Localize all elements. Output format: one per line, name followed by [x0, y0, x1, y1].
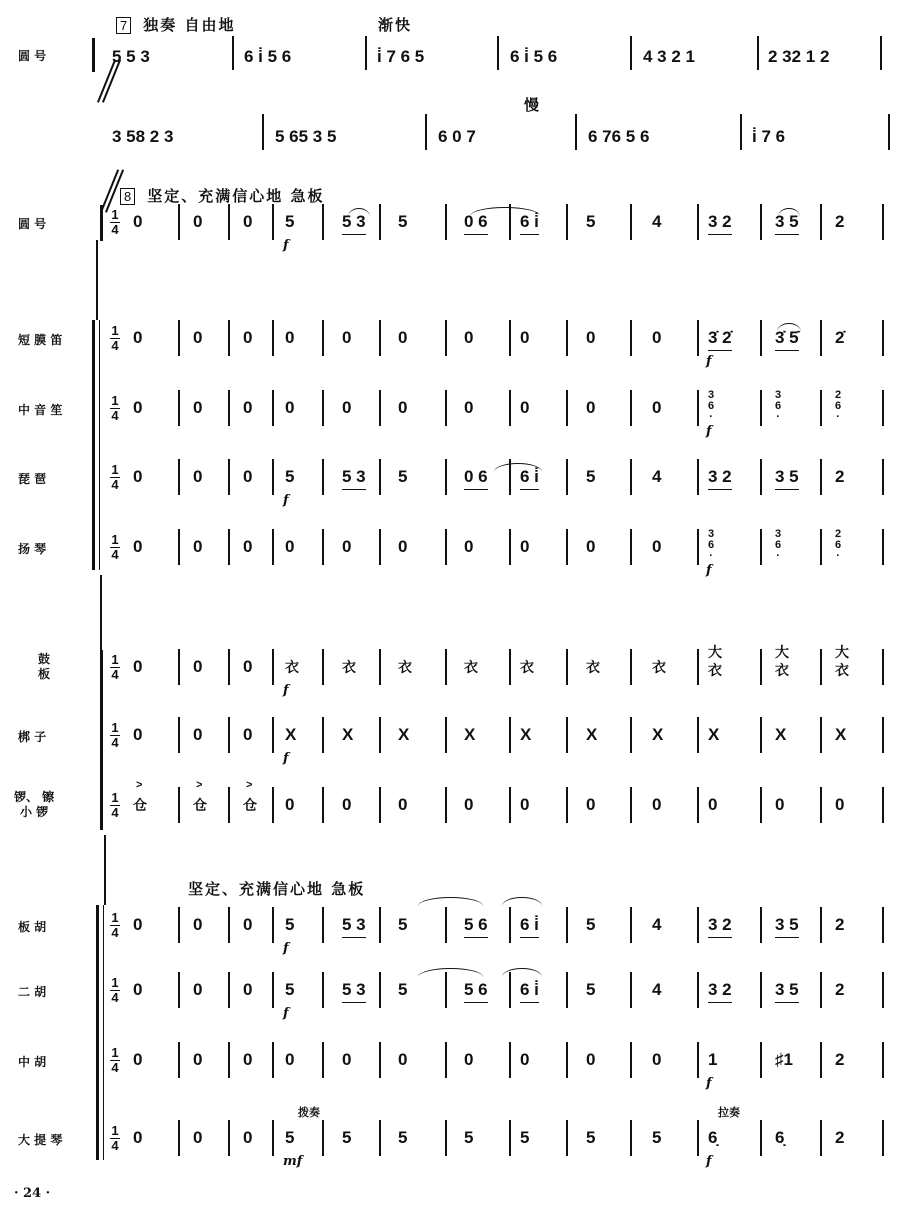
barline [178, 717, 180, 753]
barline [566, 1120, 568, 1156]
barline [882, 1120, 884, 1156]
measure-notes: 3 5 [775, 916, 799, 934]
measure-notes: 0 [243, 329, 252, 347]
slur-icon [470, 207, 540, 216]
measure-notes: 衣 [520, 658, 534, 676]
measure-notes: X [398, 726, 409, 744]
barline [566, 907, 568, 943]
barline [566, 529, 568, 565]
measure-notes: 0 [133, 981, 142, 999]
barline [272, 907, 274, 943]
horn-solo-measure: i̇ 7 6 [752, 128, 785, 146]
barline [178, 390, 180, 426]
measure-notes: ♯1 [775, 1051, 793, 1069]
measure-notes: 3 5 [775, 468, 799, 486]
instrument-label: 中 音 笙 [18, 401, 62, 418]
pizzicato-marking: 拨奏 [298, 1104, 320, 1120]
barline [882, 717, 884, 753]
horn-solo-measure: 6 i̇ 5 6 [244, 48, 291, 66]
barline [365, 36, 367, 70]
slur-icon [494, 463, 542, 472]
measure-notes: 0 [133, 538, 142, 556]
measure-notes: 0 [193, 1051, 202, 1069]
beam-underline [775, 234, 799, 235]
barline [760, 907, 762, 943]
barline [630, 390, 632, 426]
measure-notes: 2 [835, 981, 844, 999]
barline [322, 390, 324, 426]
horn-solo-measure: i̇ 7 6 5 [377, 48, 424, 66]
barline [228, 390, 230, 426]
barline [630, 459, 632, 495]
barline [697, 204, 699, 240]
measure-notes: X [285, 726, 296, 744]
slur-icon [418, 968, 483, 977]
time-signature: 14 [110, 1125, 120, 1152]
barline [178, 787, 180, 823]
barline [228, 204, 230, 240]
horn-solo-measure: 6 0 7 [438, 128, 476, 146]
barline [272, 390, 274, 426]
measure-notes: 6 i̇ [520, 981, 539, 999]
measure-notes: 0 [398, 1051, 407, 1069]
group-bracket-inner [99, 320, 100, 570]
barline [379, 459, 381, 495]
barline [757, 36, 759, 70]
measure-notes: 0 [193, 213, 202, 231]
measure-notes: 衣 [652, 658, 666, 676]
dynamic-marking: f [283, 1006, 289, 1021]
horn-solo-measure: 6 76 5 6 [588, 128, 649, 146]
barline [272, 972, 274, 1008]
rehearsal-mark-7: 7 [116, 17, 131, 34]
barline [509, 972, 511, 1008]
chord-notes: 大衣 [708, 643, 722, 679]
barline [820, 787, 822, 823]
barline [445, 1042, 447, 1078]
beam-underline [520, 489, 539, 490]
dynamic-marking: f [283, 683, 289, 698]
barline [630, 1042, 632, 1078]
barline [882, 459, 884, 495]
barline [379, 717, 381, 753]
barline [630, 717, 632, 753]
measure-notes: 0 [464, 329, 473, 347]
chord-notes: 36· [708, 529, 714, 562]
accent-mark-icon: > [196, 779, 202, 791]
measure-notes: 5 [342, 1129, 351, 1147]
barline [379, 649, 381, 685]
time-signature: 14 [110, 395, 120, 422]
barline [509, 717, 511, 753]
barline [509, 649, 511, 685]
barline [178, 907, 180, 943]
barline [697, 907, 699, 943]
measure-notes: 0 [464, 1051, 473, 1069]
slur-icon [778, 208, 800, 217]
barline [178, 529, 180, 565]
barline [228, 529, 230, 565]
barline [322, 649, 324, 685]
measure-notes: 0 [243, 916, 252, 934]
measure-notes: 3 5 [775, 981, 799, 999]
beam-underline [775, 350, 799, 351]
measure-notes: 0 [652, 399, 661, 417]
barline [272, 320, 274, 356]
barline [228, 972, 230, 1008]
barline [566, 787, 568, 823]
barline [820, 972, 822, 1008]
beam-underline [520, 1002, 539, 1003]
measure-notes: 0 [285, 796, 294, 814]
barline [228, 649, 230, 685]
measure-notes: 0 [652, 796, 661, 814]
measure-notes: X [835, 726, 846, 744]
barline [509, 907, 511, 943]
barline [630, 649, 632, 685]
measure-notes: 0 [243, 726, 252, 744]
measure-notes: X [342, 726, 353, 744]
tempo-marking: 独奏 自由地 [143, 16, 235, 34]
measure-notes: 0 [586, 538, 595, 556]
measure-notes: 衣 [586, 658, 600, 676]
instrument-label: 扬 琴 [18, 540, 46, 557]
barline [178, 649, 180, 685]
barline [820, 717, 822, 753]
measure-notes: 2 [835, 1051, 844, 1069]
barline [228, 1042, 230, 1078]
measure-notes: 0 [398, 329, 407, 347]
measure-notes: 0 [520, 1051, 529, 1069]
beam-underline [775, 937, 799, 938]
barline [272, 529, 274, 565]
barline [630, 787, 632, 823]
chord-notes: 36· [775, 529, 781, 562]
measure-notes: 6̣ [775, 1129, 784, 1147]
measure-notes: X [775, 726, 786, 744]
barline [445, 787, 447, 823]
measure-notes: 0 [133, 916, 142, 934]
barline [575, 114, 577, 150]
barline [445, 907, 447, 943]
measure-notes: 0 [342, 538, 351, 556]
group-bracket-percussion [100, 650, 103, 830]
measure-notes: 0 [193, 1129, 202, 1147]
measure-notes: 0 [193, 981, 202, 999]
measure-notes: X [464, 726, 475, 744]
slur-icon [502, 897, 542, 906]
measure-notes: 衣 [464, 658, 478, 676]
barline [760, 320, 762, 356]
barline [228, 717, 230, 753]
measure-notes: 0 [133, 468, 142, 486]
measure-notes: 0 [652, 329, 661, 347]
measure-notes: 4 [652, 981, 661, 999]
time-signature: 14 [110, 912, 120, 939]
chord-notes: 26· [835, 390, 841, 423]
barline [379, 529, 381, 565]
measure-notes: 5 [285, 468, 294, 486]
barline [272, 717, 274, 753]
barline [740, 114, 742, 150]
measure-notes: 0 [193, 538, 202, 556]
measure-notes: 5 [652, 1129, 661, 1147]
page-number: · 24 · [14, 1186, 50, 1201]
system-connector [104, 835, 106, 905]
barline [272, 459, 274, 495]
barline [697, 972, 699, 1008]
arco-marking: 拉奏 [718, 1104, 740, 1120]
barline [820, 390, 822, 426]
measure-notes: X [520, 726, 531, 744]
measure-notes: 6̣ [708, 1129, 717, 1147]
barline [178, 459, 180, 495]
dynamic-marking: f [706, 424, 712, 439]
slur-icon [777, 323, 801, 332]
barline [178, 972, 180, 1008]
measure-notes: 2 [835, 468, 844, 486]
measure-notes: 5 [285, 1129, 294, 1147]
barline [445, 1120, 447, 1156]
barline [882, 529, 884, 565]
barline [566, 717, 568, 753]
instrument-label: 琵 琶 [18, 470, 46, 487]
barline [322, 204, 324, 240]
measure-notes: 0 [464, 538, 473, 556]
dynamic-marking: f [706, 1076, 712, 1091]
measure-notes: 3 2 [708, 213, 732, 231]
measure-notes: 衣 [398, 658, 412, 676]
measure-notes: 0 [133, 658, 142, 676]
measure-notes: 5 3 [342, 916, 366, 934]
dynamic-marking: f [283, 238, 289, 253]
barline [232, 36, 234, 70]
barline [178, 204, 180, 240]
measure-notes: 0 [775, 796, 784, 814]
measure-notes: 2 [835, 213, 844, 231]
chord-notes: 36· [775, 390, 781, 423]
measure-notes: 0 [652, 1051, 661, 1069]
measure-notes: 0 [243, 1129, 252, 1147]
measure-notes: 3 2 [708, 468, 732, 486]
measure-notes: 5 [586, 213, 595, 231]
barline [882, 787, 884, 823]
horn-solo-measure: 5 65 3 5 [275, 128, 336, 146]
horn-solo-measure: 2 32 1 2 [768, 48, 829, 66]
measure-notes: 0 [464, 399, 473, 417]
measure-notes: 0 [520, 399, 529, 417]
barline [509, 1042, 511, 1078]
instrument-label: 中 胡 [18, 1053, 46, 1070]
barline [697, 529, 699, 565]
measure-notes: 5 [398, 1129, 407, 1147]
measure-notes: 5 [586, 1129, 595, 1147]
barline [697, 1042, 699, 1078]
barline [445, 529, 447, 565]
barline [425, 114, 427, 150]
measure-notes: 5 3 [342, 981, 366, 999]
beam-underline [464, 489, 488, 490]
group-bracket-horn [100, 205, 103, 241]
barline [820, 649, 822, 685]
slow-marking: 慢 [524, 94, 541, 115]
chord-notes: 大衣 [775, 643, 789, 679]
measure-notes: 仓 [193, 796, 207, 814]
measure-notes: 6 i̇ [520, 916, 539, 934]
measure-notes: 0 [398, 538, 407, 556]
barline [322, 1120, 324, 1156]
barline [697, 1120, 699, 1156]
system-bracket [92, 38, 95, 72]
barline [178, 320, 180, 356]
barline [566, 320, 568, 356]
beam-underline [342, 489, 366, 490]
measure-notes: 0 [520, 796, 529, 814]
barline [228, 1120, 230, 1156]
instrument-label: 短 膜 笛 [18, 331, 62, 348]
barline [445, 459, 447, 495]
measure-notes: 0 [193, 468, 202, 486]
barline [760, 717, 762, 753]
barline [262, 114, 264, 150]
measure-notes: 0 [586, 796, 595, 814]
barline [228, 459, 230, 495]
barline [697, 320, 699, 356]
measure-notes: 0 [243, 399, 252, 417]
measure-notes: 0 [464, 796, 473, 814]
strings-tempo-marking: 坚定、充满信心地 急板 [188, 878, 365, 899]
time-signature: 14 [110, 325, 120, 352]
barline [566, 1042, 568, 1078]
chord-notes: 大衣 [835, 643, 849, 679]
time-signature: 14 [110, 654, 120, 681]
measure-notes: 5 [586, 468, 595, 486]
barline [322, 529, 324, 565]
barline [228, 787, 230, 823]
measure-notes: 0 [652, 538, 661, 556]
barline [760, 390, 762, 426]
measure-notes: 0 [243, 658, 252, 676]
group-bracket-winds-plucked [92, 320, 95, 570]
barline [820, 320, 822, 356]
measure-notes: 0 [285, 399, 294, 417]
barline [882, 972, 884, 1008]
barline [379, 1042, 381, 1078]
measure-notes: 0 [520, 538, 529, 556]
measure-notes: 5 [398, 916, 407, 934]
barline [178, 1042, 180, 1078]
measure-notes: 1 [708, 1051, 717, 1069]
barline [379, 972, 381, 1008]
measure-notes: X [708, 726, 719, 744]
measure-notes: 5 [285, 981, 294, 999]
barline [882, 649, 884, 685]
measure-notes: 5 3 [342, 468, 366, 486]
instrument-label: 板 胡 [18, 918, 46, 935]
barline [272, 787, 274, 823]
barline [322, 787, 324, 823]
measure-notes: 仓 [243, 796, 257, 814]
barline [445, 320, 447, 356]
barline [882, 320, 884, 356]
barline [566, 390, 568, 426]
system-connector [100, 575, 102, 650]
barline [760, 649, 762, 685]
measure-notes: 5 [398, 468, 407, 486]
barline [228, 907, 230, 943]
measure-notes: 5 [586, 916, 595, 934]
measure-notes: 仓 [133, 796, 147, 814]
instrument-label: 锣、 镲小 锣 [14, 790, 54, 820]
measure-notes: 5 [398, 981, 407, 999]
beam-underline [464, 937, 488, 938]
dynamic-marking: f [283, 751, 289, 766]
barline [760, 1120, 762, 1156]
instrument-label-horn: 圆 号 [18, 47, 46, 64]
chord-notes: 36· [708, 390, 714, 423]
barline [272, 1120, 274, 1156]
measure-notes: 0 [520, 329, 529, 347]
measure-notes: 0 [342, 1051, 351, 1069]
measure-notes: 0 [835, 796, 844, 814]
measure-notes: 4 [652, 468, 661, 486]
beam-underline [708, 489, 732, 490]
beam-underline [520, 234, 539, 235]
time-signature: 14 [110, 534, 120, 561]
barline [322, 320, 324, 356]
measure-notes: 0 [586, 329, 595, 347]
barline [509, 320, 511, 356]
measure-notes: 0 [243, 1051, 252, 1069]
measure-notes: 5 [586, 981, 595, 999]
barline [566, 972, 568, 1008]
barline [379, 787, 381, 823]
accent-mark-icon: > [136, 779, 142, 791]
instrument-label: 圆 号 [18, 215, 46, 232]
instrument-label: 二 胡 [18, 983, 46, 1000]
measure-notes: 2 [835, 916, 844, 934]
barline [322, 972, 324, 1008]
time-signature: 14 [110, 209, 120, 236]
barline [379, 204, 381, 240]
barline [272, 1042, 274, 1078]
barline [379, 390, 381, 426]
measure-notes: 2 [835, 1129, 844, 1147]
measure-notes: 0 [243, 538, 252, 556]
measure-notes: 0 [708, 796, 717, 814]
measure-notes: 5 [398, 213, 407, 231]
barline [697, 787, 699, 823]
barline [379, 320, 381, 356]
barline [497, 36, 499, 70]
system-connector [96, 240, 98, 320]
measure-notes: 4 [652, 213, 661, 231]
beam-underline [464, 234, 488, 235]
dynamic-marking: f [706, 1154, 712, 1169]
measure-notes: 0 [193, 329, 202, 347]
horn-solo-measure: 3 58 2 3 [112, 128, 173, 146]
barline [820, 529, 822, 565]
measure-notes: 0 [193, 658, 202, 676]
measure-notes: 4 [652, 916, 661, 934]
measure-notes: 衣 [285, 658, 299, 676]
barline [820, 459, 822, 495]
barline [630, 907, 632, 943]
measure-notes: 0 [133, 1051, 142, 1069]
group-bracket-strings-inner [103, 905, 104, 1160]
measure-notes: 3 2 [708, 981, 732, 999]
dynamic-marking: f [283, 941, 289, 956]
